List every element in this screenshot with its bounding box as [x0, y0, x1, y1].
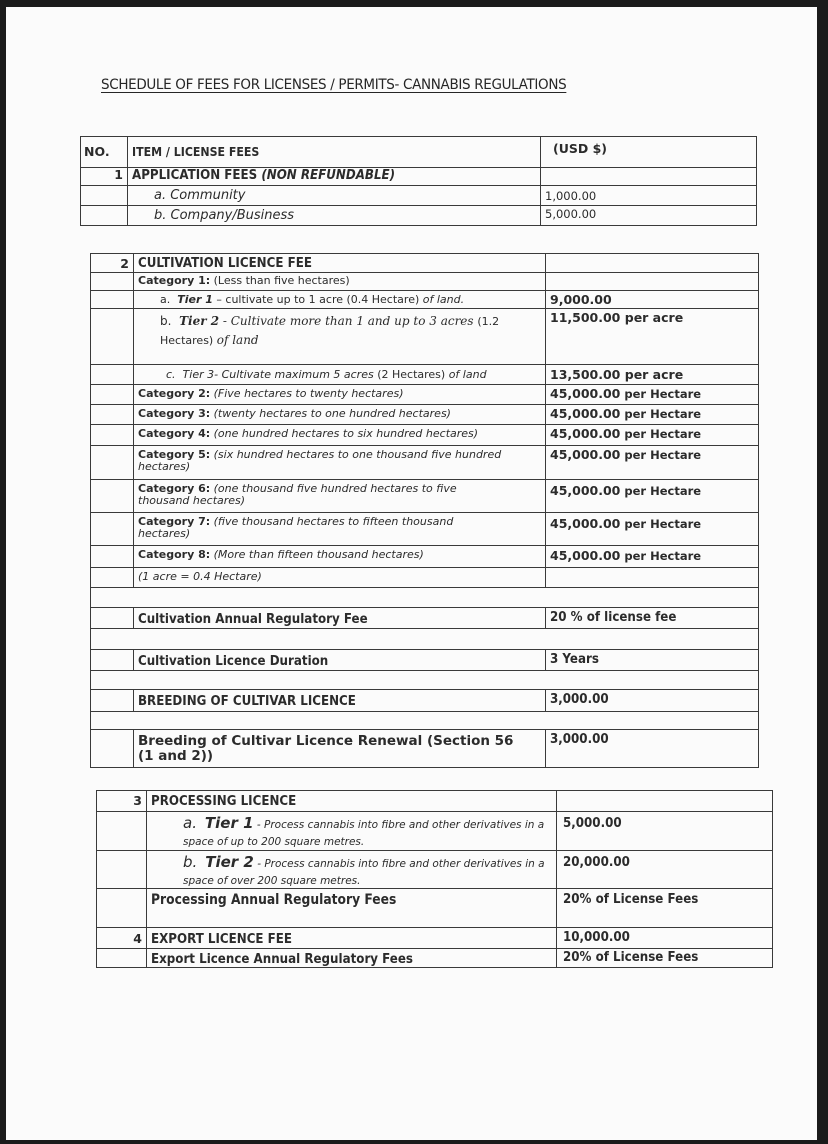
category-desc: (one hundred hectares to six hundred hec… — [210, 427, 478, 440]
row-no — [91, 425, 134, 446]
row-label: Breeding of Cultivar Licence Renewal (Se… — [134, 730, 546, 768]
row-value-text: 20 % of license fee — [550, 610, 676, 624]
table-row: Export Licence Annual Regulatory Fees 20… — [97, 948, 773, 967]
spacer — [91, 629, 759, 650]
category-row: Category 1: (Less than five hectares) — [91, 273, 759, 291]
row-label-text: Cultivation Annual Regulatory Fee — [138, 612, 368, 626]
category-desc: (twenty hectares to one hundred hectares… — [210, 407, 451, 420]
section-row: 2 CULTIVATION LICENCE FEE — [91, 254, 759, 273]
fees-table-application: NO. ITEM / LICENSE FEES (USD $) 1 APPLIC… — [80, 136, 757, 226]
row-no — [91, 608, 134, 629]
tier-value: 20,000.00 — [557, 851, 773, 889]
fee-unit: per Hectare — [620, 517, 701, 531]
tier-marker: a. — [160, 293, 170, 306]
tier-label: c. Tier 3- Cultivate maximum 5 acres (2 … — [134, 365, 546, 385]
category-value: 45,000.00 per Hectare — [546, 385, 759, 405]
row-no — [91, 690, 134, 712]
note-row: (1 acre = 0.4 Hectare) — [91, 568, 759, 588]
category-row: Category 8: (More than fifteen thousand … — [91, 546, 759, 568]
row-no — [97, 851, 147, 889]
tier-desc-italic: of land. — [423, 293, 464, 306]
fee-amount: 45,000.00 — [550, 548, 620, 563]
tier-row: a. Tier 1 – cultivate up to 1 acre (0.4 … — [91, 291, 759, 309]
spacer-row — [91, 671, 759, 690]
table-row: a. Community 1,000.00 — [81, 186, 757, 206]
table-row: Cultivation Annual Regulatory Fee 20 % o… — [91, 608, 759, 629]
section-title: CULTIVATION LICENCE FEE — [134, 254, 546, 273]
tier-name: Tier 1 — [205, 814, 254, 832]
row-no — [91, 273, 134, 291]
category-label: Category 1: (Less than five hectares) — [134, 273, 546, 291]
section-row: 4 EXPORT LICENCE FEE 10,000.00 — [97, 927, 773, 948]
header-no: NO. — [81, 137, 128, 168]
row-no — [97, 948, 147, 967]
spacer — [91, 712, 759, 730]
category-desc: (Less than five hectares) — [210, 274, 350, 287]
tier-marker: a. — [183, 814, 197, 832]
section-title-text: CULTIVATION LICENCE FEE — [138, 256, 312, 270]
fee-amount: 11,500.00 — [550, 310, 620, 325]
section-title-text: PROCESSING LICENCE — [151, 794, 296, 808]
header-item: ITEM / LICENSE FEES — [128, 137, 541, 168]
category-row: Category 6: (one thousand five hundred h… — [91, 480, 759, 513]
row-value: 5,000.00 — [541, 206, 757, 226]
section-title-text: EXPORT LICENCE FEE — [151, 932, 292, 946]
row-value: 3,000.00 — [546, 690, 759, 712]
fee-unit: per Hectare — [620, 549, 701, 563]
row-value — [546, 568, 759, 588]
category-value: 45,000.00 per Hectare — [546, 446, 759, 480]
fee-amount: 45,000.00 — [550, 426, 620, 441]
row-value: 20% of License Fees — [557, 888, 773, 927]
tier-row: a. Tier 1 - Process cannabis into fibre … — [97, 812, 773, 851]
row-label-text: Processing Annual Regulatory Fees — [151, 893, 396, 908]
row-label: b. Company/Business — [128, 206, 541, 226]
category-desc: (More than fifteen thousand hectares) — [210, 548, 424, 561]
category-row: Category 7: (five thousand hectares to f… — [91, 513, 759, 546]
row-no — [97, 888, 147, 927]
row-no — [91, 309, 134, 365]
row-value-text: 3 Years — [550, 652, 599, 666]
section-title: APPLICATION FEES (NON REFUNDABLE) — [128, 168, 541, 186]
spacer-row — [91, 629, 759, 650]
row-value: 3,000.00 — [546, 730, 759, 768]
tier-row: b. Tier 2 - Process cannabis into fibre … — [97, 851, 773, 889]
section-number: 4 — [97, 927, 147, 948]
tier-value: 11,500.00 per acre — [546, 309, 759, 365]
fee-amount: 10,000.00 — [563, 930, 630, 944]
fee-amount: 45,000.00 — [550, 406, 620, 421]
tier-desc: (2 Hectares) — [377, 368, 449, 381]
section-row: 3 PROCESSING LICENCE — [97, 791, 773, 812]
fee-amount: 45,000.00 — [550, 447, 620, 462]
fee-amount: 13,500.00 — [550, 367, 620, 382]
fee-amount: 20,000.00 — [563, 855, 630, 869]
category-row: Category 3: (twenty hectares to one hund… — [91, 405, 759, 425]
category-label: Category 6: (one thousand five hundred h… — [134, 480, 546, 513]
row-value: 3 Years — [546, 650, 759, 671]
fee-amount: 9,000.00 — [550, 292, 612, 307]
fee-unit: per Hectare — [620, 407, 701, 421]
tier-value: 5,000.00 — [557, 812, 773, 851]
table-header-row: NO. ITEM / LICENSE FEES (USD $) — [81, 137, 757, 168]
document-title: SCHEDULE OF FEES FOR LICENSES / PERMITS-… — [101, 77, 566, 93]
tier-name: Tier 1 — [177, 293, 213, 306]
category-label: Category 4: (one hundred hectares to six… — [134, 425, 546, 446]
section-number: 2 — [91, 254, 134, 273]
header-currency: (USD $) — [541, 137, 757, 168]
section-value — [546, 254, 759, 273]
section-row: 1 APPLICATION FEES (NON REFUNDABLE) — [81, 168, 757, 186]
spacer — [91, 588, 759, 608]
tier-row: c. Tier 3- Cultivate maximum 5 acres (2 … — [91, 365, 759, 385]
row-no — [91, 513, 134, 546]
fee-unit: per Hectare — [620, 484, 701, 498]
category-name: Category 5: — [138, 448, 210, 461]
table-row: Cultivation Licence Duration 3 Years — [91, 650, 759, 671]
row-label: Export Licence Annual Regulatory Fees — [147, 948, 557, 967]
row-label-text: Export Licence Annual Regulatory Fees — [151, 952, 413, 966]
conversion-note: (1 acre = 0.4 Hectare) — [134, 568, 546, 588]
fee-amount: 45,000.00 — [550, 483, 620, 498]
row-label-text: BREEDING OF CULTIVAR LICENCE — [138, 694, 356, 708]
tier-label: b. Tier 2 - Process cannabis into fibre … — [147, 851, 557, 889]
category-value: 45,000.00 per Hectare — [546, 405, 759, 425]
tier-desc-italic: - Cultivate more than 1 and up to 3 acre… — [219, 314, 477, 328]
fee-amount: 45,000.00 — [550, 516, 620, 531]
section-title-text: APPLICATION FEES — [132, 168, 261, 184]
section-title: PROCESSING LICENCE — [147, 791, 557, 812]
category-name: Category 3: — [138, 407, 210, 420]
spacer — [91, 671, 759, 690]
category-value: 45,000.00 per Hectare — [546, 513, 759, 546]
row-no — [91, 446, 134, 480]
tier-value: 13,500.00 per acre — [546, 365, 759, 385]
section-value — [541, 168, 757, 186]
category-label: Category 5: (six hundred hectares to one… — [134, 446, 546, 480]
tier-name: Tier 2 — [205, 853, 254, 871]
fee-unit: per acre — [620, 310, 683, 325]
row-value: 1,000.00 — [541, 186, 757, 206]
category-name: Category 2: — [138, 387, 210, 400]
fee-amount: 45,000.00 — [550, 386, 620, 401]
category-label: Category 3: (twenty hectares to one hund… — [134, 405, 546, 425]
tier-value: 9,000.00 — [546, 291, 759, 309]
section-value — [557, 791, 773, 812]
tier-label: a. Tier 1 – cultivate up to 1 acre (0.4 … — [134, 291, 546, 309]
category-desc: (Five hectares to twenty hectares) — [210, 387, 403, 400]
category-name: Category 6: — [138, 482, 210, 495]
category-value: 45,000.00 per Hectare — [546, 480, 759, 513]
row-value: 20 % of license fee — [546, 608, 759, 629]
category-name: Category 8: — [138, 548, 210, 561]
fee-unit: per Hectare — [620, 448, 701, 462]
tier-marker: b. — [183, 853, 197, 871]
spacer-row — [91, 588, 759, 608]
category-row: Category 2: (Five hectares to twenty hec… — [91, 385, 759, 405]
category-label: Category 2: (Five hectares to twenty hec… — [134, 385, 546, 405]
row-value-text: 20% of License Fees — [563, 950, 698, 964]
tier-marker: b. — [160, 314, 171, 328]
tier-row: b. Tier 2 - Cultivate more than 1 and up… — [91, 309, 759, 365]
section-number: 3 — [97, 791, 147, 812]
category-value: 45,000.00 per Hectare — [546, 425, 759, 446]
fee-amount: 5,000.00 — [563, 816, 622, 830]
tier-name: Tier 2 — [179, 314, 219, 328]
row-label: Cultivation Annual Regulatory Fee — [134, 608, 546, 629]
table-row: b. Company/Business 5,000.00 — [81, 206, 757, 226]
row-value-text: 3,000.00 — [550, 692, 609, 706]
header-item-text: ITEM / LICENSE FEES — [132, 145, 259, 158]
table-row: BREEDING OF CULTIVAR LICENCE 3,000.00 — [91, 690, 759, 712]
section-number: 1 — [81, 168, 128, 186]
category-label: Category 8: (More than fifteen thousand … — [134, 546, 546, 568]
tier-desc-italic: of land — [449, 368, 487, 381]
fees-table-cultivation: 2 CULTIVATION LICENCE FEE Category 1: (L… — [90, 253, 759, 768]
row-value: 20% of License Fees — [557, 948, 773, 967]
row-label: Processing Annual Regulatory Fees — [147, 888, 557, 927]
row-no — [91, 405, 134, 425]
row-no — [81, 206, 128, 226]
row-no — [91, 730, 134, 768]
row-label: BREEDING OF CULTIVAR LICENCE — [134, 690, 546, 712]
tier-desc-italic: Tier 3- Cultivate maximum 5 acres — [183, 368, 378, 381]
row-label: Cultivation Licence Duration — [134, 650, 546, 671]
section-value: 10,000.00 — [557, 927, 773, 948]
section-title: EXPORT LICENCE FEE — [147, 927, 557, 948]
fee-unit: per Hectare — [620, 427, 701, 441]
row-no — [91, 546, 134, 568]
row-no — [91, 365, 134, 385]
tier-desc-italic: of land — [217, 333, 259, 347]
row-value-text: 3,000.00 — [550, 732, 609, 746]
table-row: Processing Annual Regulatory Fees 20% of… — [97, 888, 773, 927]
row-no — [91, 480, 134, 513]
row-no — [97, 812, 147, 851]
category-row: Category 5: (six hundred hectares to one… — [91, 446, 759, 480]
tier-label: a. Tier 1 - Process cannabis into fibre … — [147, 812, 557, 851]
tier-marker: c. — [166, 368, 176, 381]
row-no — [91, 650, 134, 671]
row-label: a. Community — [128, 186, 541, 206]
section-title-note: (NON REFUNDABLE) — [261, 168, 395, 184]
category-name: Category 4: — [138, 427, 210, 440]
row-no — [91, 291, 134, 309]
category-name: Category 1: — [138, 274, 210, 287]
spacer-row — [91, 712, 759, 730]
category-label: Category 7: (five thousand hectares to f… — [134, 513, 546, 546]
fee-unit: per acre — [620, 367, 683, 382]
category-row: Category 4: (one hundred hectares to six… — [91, 425, 759, 446]
row-no — [91, 385, 134, 405]
row-label-text: Cultivation Licence Duration — [138, 654, 328, 668]
table-row: Breeding of Cultivar Licence Renewal (Se… — [91, 730, 759, 768]
row-value — [546, 273, 759, 291]
row-no — [91, 568, 134, 588]
row-value-text: 20% of License Fees — [563, 892, 698, 906]
fees-table-processing-export: 3 PROCESSING LICENCE a. Tier 1 - Process… — [96, 790, 773, 968]
category-value: 45,000.00 per Hectare — [546, 546, 759, 568]
tier-label: b. Tier 2 - Cultivate more than 1 and up… — [134, 309, 546, 365]
tier-desc: – cultivate up to 1 acre (0.4 Hectare) — [213, 293, 423, 306]
row-no — [81, 186, 128, 206]
fee-unit: per Hectare — [620, 387, 701, 401]
category-name: Category 7: — [138, 515, 210, 528]
